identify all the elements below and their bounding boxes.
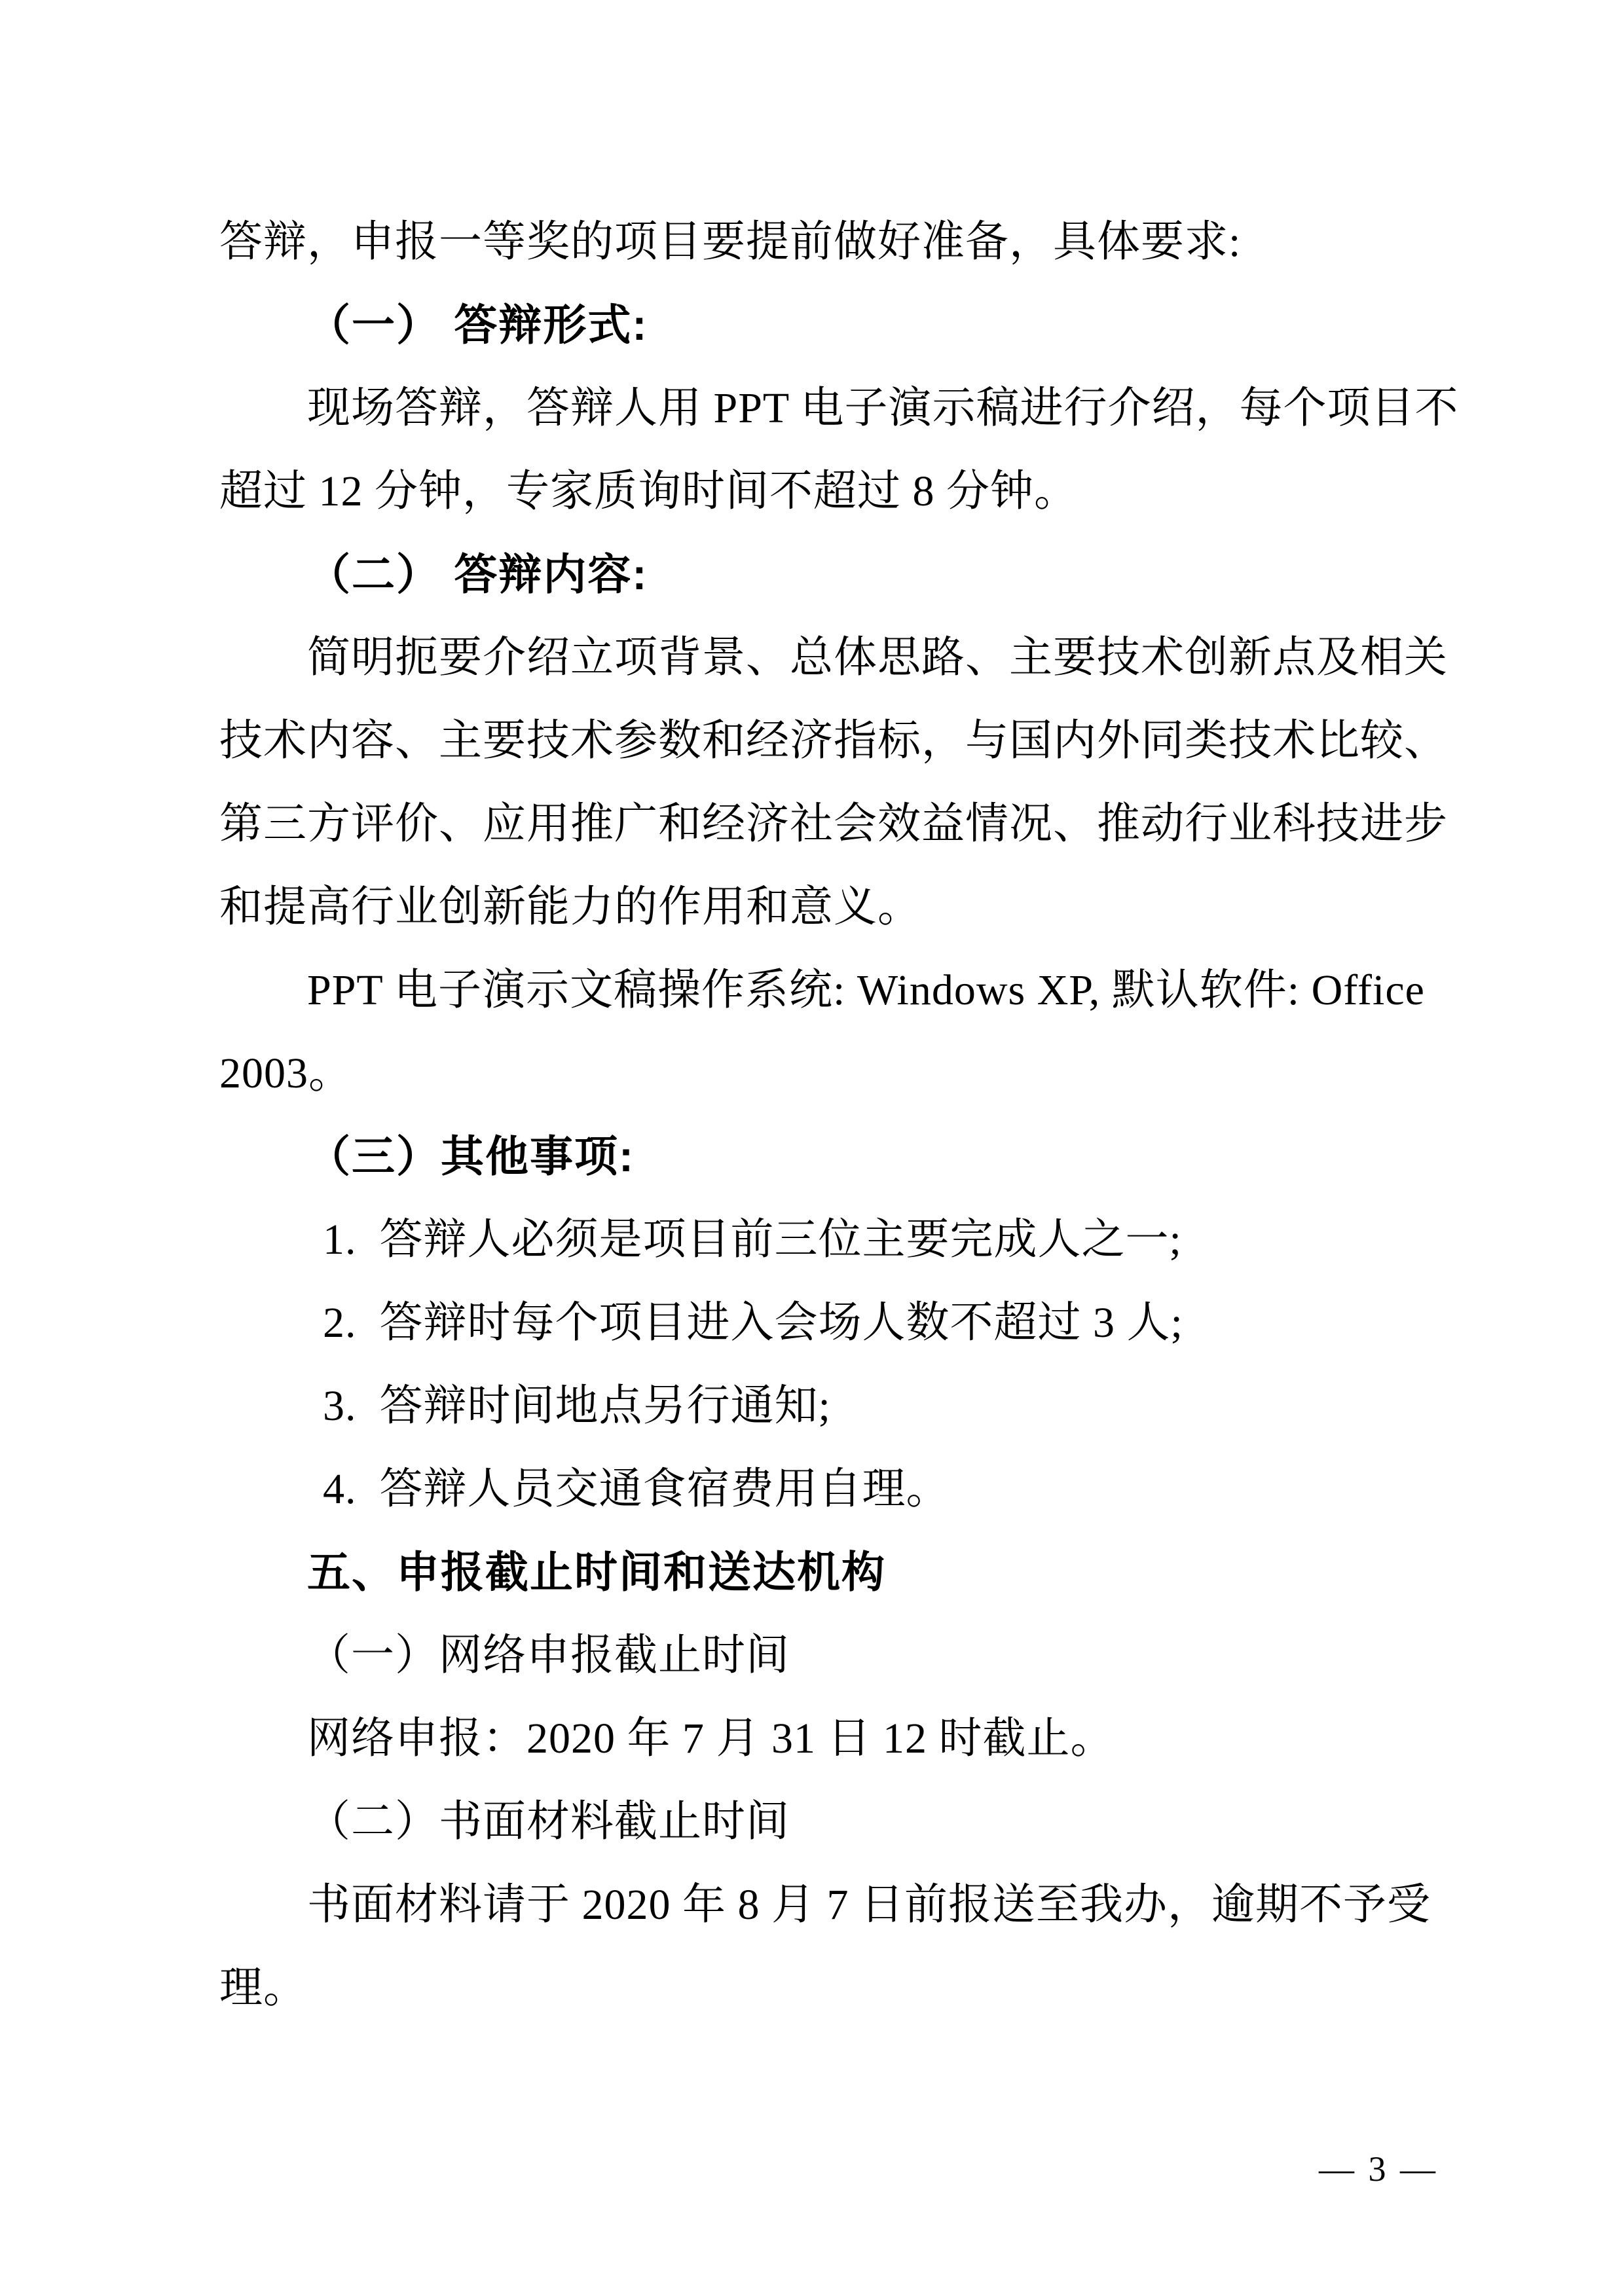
document-line: （一） 答辩形式: [219,283,1450,367]
document-line: 现场答辩，答辩人用 PPT 电子演示稿进行介绍，每个项目不 [219,367,1450,450]
document-line: 2. 答辩时每个项目进入会场人数不超过 3 人; [219,1281,1450,1364]
document-line: 4. 答辩人员交通食宿费用自理。 [219,1448,1450,1531]
document-line: 书面材料请于 2020 年 8 月 7 日前报送至我办，逾期不予受 [219,1863,1450,1946]
document-line: （二） 答辩内容: [219,533,1450,616]
document-line: （二）书面材料截止时间 [219,1780,1450,1863]
document-line: （一）网络申报截止时间 [219,1614,1450,1697]
document-line: （三）其他事项: [219,1115,1450,1198]
page-number: — 3 — [1319,2149,1438,2189]
document-line: 网络申报：2020 年 7 月 31 日 12 时截止。 [219,1697,1450,1780]
document-line: 3. 答辩时间地点另行通知; [219,1364,1450,1448]
document-line: 超过 12 分钟，专家质询时间不超过 8 分钟。 [219,450,1450,533]
document-line: 理。 [219,1946,1450,2030]
document-line: 技术内容、主要技术参数和经济指标，与国内外同类技术比较、 [219,699,1450,782]
document-page: 答辩，申报一等奖的项目要提前做好准备，具体要求:（一） 答辩形式:现场答辩，答辩… [0,0,1624,2296]
document-line: 简明扼要介绍立项背景、总体思路、主要技术创新点及相关 [219,616,1450,699]
document-line: 1. 答辩人必须是项目前三位主要完成人之一; [219,1198,1450,1281]
document-line: 五、申报截止时间和送达机构 [219,1531,1450,1614]
document-line: 第三方评价、应用推广和经济社会效益情况、推动行业科技进步 [219,782,1450,866]
document-line: PPT 电子演示文稿操作系统: Windows XP, 默认软件: Office [219,949,1450,1032]
document-line: 2003。 [219,1032,1450,1115]
document-line: 和提高行业创新能力的作用和意义。 [219,866,1450,949]
document-line: 答辩，申报一等奖的项目要提前做好准备，具体要求: [219,200,1450,283]
document-body: 答辩，申报一等奖的项目要提前做好准备，具体要求:（一） 答辩形式:现场答辩，答辩… [219,200,1450,2030]
